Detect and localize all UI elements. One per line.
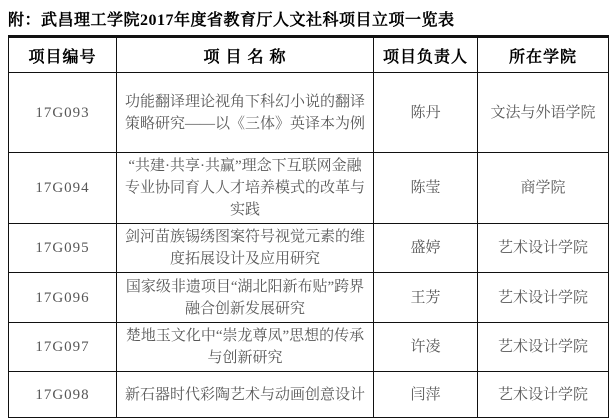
project-name-cell: “共建·共享·共赢”理念下互联网金融专业协同育人人才培养模式的改革与实践 (117, 153, 374, 224)
project-college-cell: 文法与外语学院 (478, 73, 609, 153)
project-leader-cell: 王芳 (374, 273, 478, 323)
projects-table: 项目编号 项 目 名 称 项目负责人 所在学院 17G093 功能翻译理论视角下… (8, 35, 609, 418)
document-title: 附：武昌理工学院2017年度省教育厅人文社科项目立项一览表 (0, 0, 615, 35)
project-code-cell: 17G095 (9, 224, 117, 273)
project-leader-cell: 陈莹 (374, 153, 478, 224)
table-row: 17G094 “共建·共享·共赢”理念下互联网金融专业协同育人人才培养模式的改革… (9, 153, 609, 224)
project-code-cell: 17G098 (9, 372, 117, 418)
table-row: 17G095 剑河苗族锡绣图案符号视觉元素的维度拓展设计及应用研究 盛婷 艺术设… (9, 224, 609, 273)
project-college-cell: 艺术设计学院 (478, 273, 609, 323)
header-project-name: 项 目 名 称 (117, 37, 374, 73)
header-project-code: 项目编号 (9, 37, 117, 73)
project-code-cell: 17G096 (9, 273, 117, 323)
project-leader-cell: 闫萍 (374, 372, 478, 418)
project-name-cell: 功能翻译理论视角下科幻小说的翻译策略研究——以《三体》英译本为例 (117, 73, 374, 153)
project-code-cell: 17G094 (9, 153, 117, 224)
projects-table-body: 17G093 功能翻译理论视角下科幻小说的翻译策略研究——以《三体》英译本为例 … (9, 73, 609, 418)
project-college-cell: 艺术设计学院 (478, 323, 609, 372)
header-project-leader: 项目负责人 (374, 37, 478, 73)
table-row: 17G098 新石器时代彩陶艺术与动画创意设计 闫萍 艺术设计学院 (9, 372, 609, 418)
project-name-cell: 新石器时代彩陶艺术与动画创意设计 (117, 372, 374, 418)
project-leader-cell: 盛婷 (374, 224, 478, 273)
project-code-cell: 17G093 (9, 73, 117, 153)
table-row: 17G093 功能翻译理论视角下科幻小说的翻译策略研究——以《三体》英译本为例 … (9, 73, 609, 153)
project-leader-cell: 陈丹 (374, 73, 478, 153)
project-college-cell: 商学院 (478, 153, 609, 224)
project-college-cell: 艺术设计学院 (478, 372, 609, 418)
project-code-cell: 17G097 (9, 323, 117, 372)
header-college: 所在学院 (478, 37, 609, 73)
project-name-cell: 国家级非遗项目“湖北阳新布贴”跨界融合创新发展研究 (117, 273, 374, 323)
table-row: 17G096 国家级非遗项目“湖北阳新布贴”跨界融合创新发展研究 王芳 艺术设计… (9, 273, 609, 323)
table-row: 17G097 楚地玉文化中“崇龙尊凤”思想的传承与创新研究 许凌 艺术设计学院 (9, 323, 609, 372)
project-college-cell: 艺术设计学院 (478, 224, 609, 273)
project-leader-cell: 许凌 (374, 323, 478, 372)
project-name-cell: 楚地玉文化中“崇龙尊凤”思想的传承与创新研究 (117, 323, 374, 372)
table-header-row: 项目编号 项 目 名 称 项目负责人 所在学院 (9, 37, 609, 73)
project-name-cell: 剑河苗族锡绣图案符号视觉元素的维度拓展设计及应用研究 (117, 224, 374, 273)
document-page: 附：武昌理工学院2017年度省教育厅人文社科项目立项一览表 项目编号 项 目 名… (0, 0, 615, 418)
